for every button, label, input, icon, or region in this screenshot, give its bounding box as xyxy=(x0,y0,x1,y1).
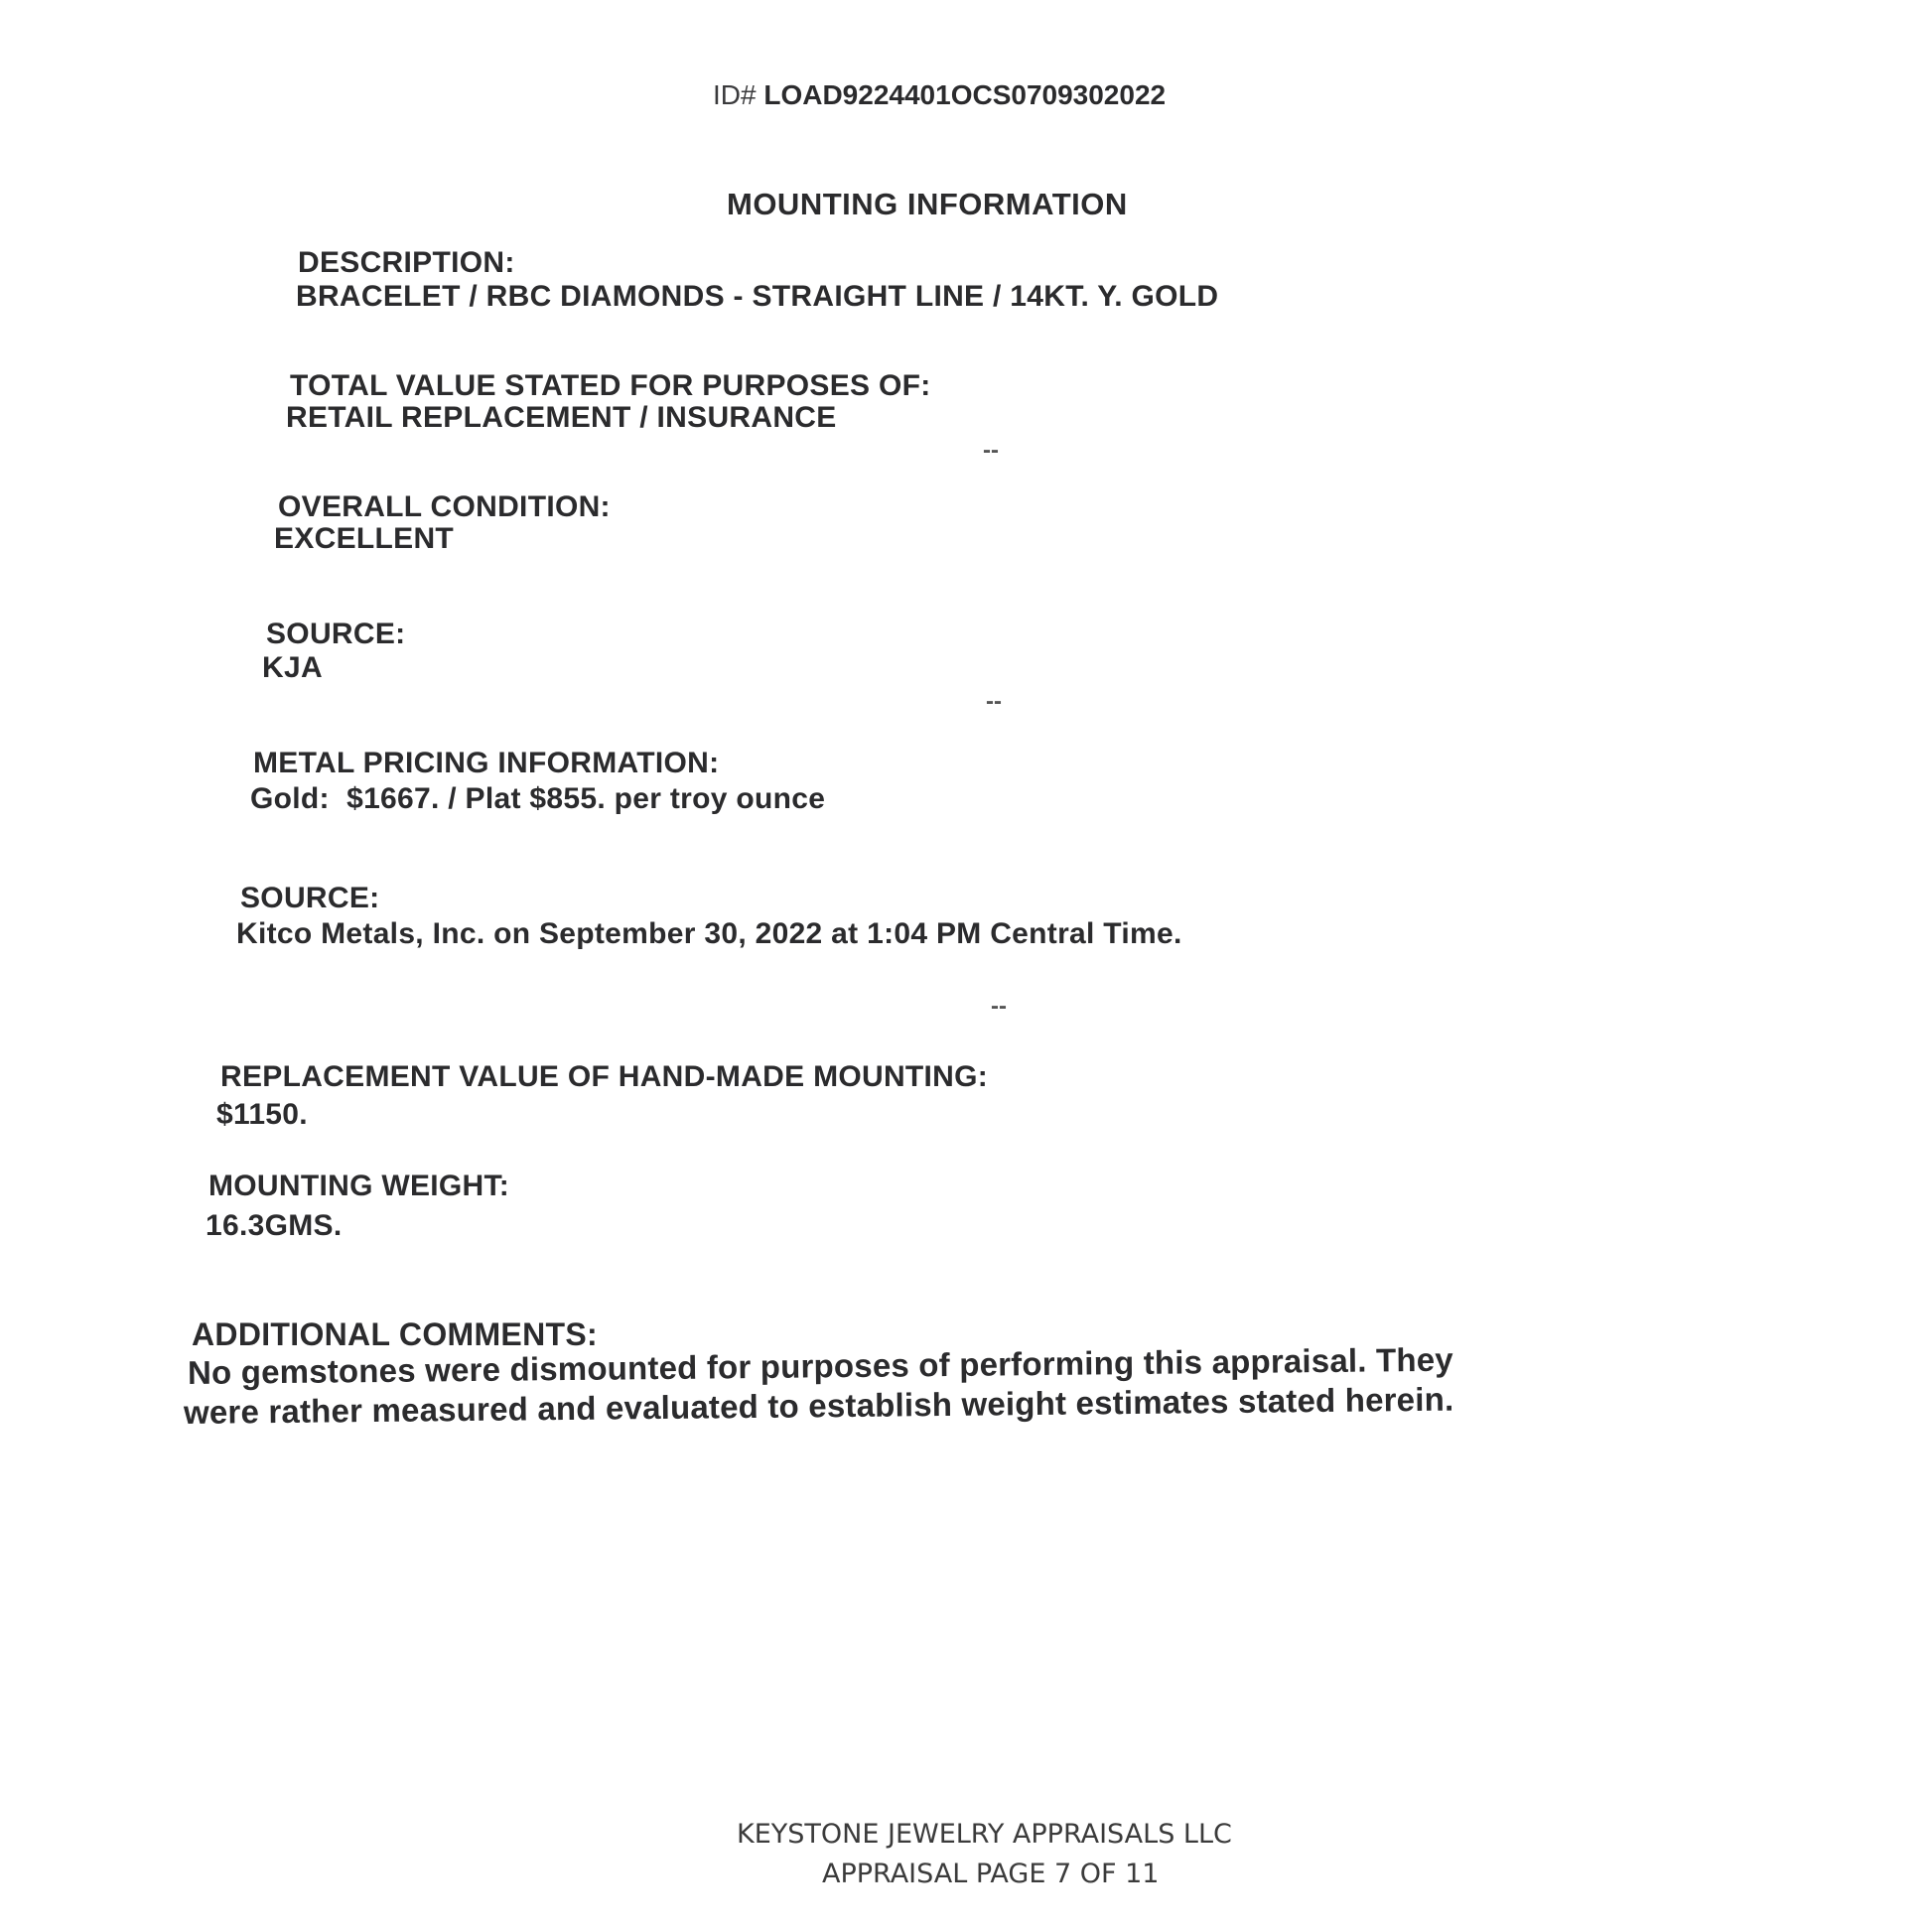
source-label: SOURCE: xyxy=(266,618,405,651)
replacement-value-value: $1150. xyxy=(216,1098,308,1132)
separator: -- xyxy=(986,688,1002,716)
condition-label: OVERALL CONDITION: xyxy=(278,490,611,524)
footer-page-number: APPRAISAL PAGE 7 OF 11 xyxy=(822,1859,1159,1889)
source-value: Kitco Metals, Inc. on September 30, 2022… xyxy=(236,917,1182,951)
separator: -- xyxy=(983,437,999,465)
footer-company: KEYSTONE JEWELRY APPRAISALS LLC xyxy=(737,1819,1232,1850)
mounting-weight-value: 16.3GMS. xyxy=(206,1209,342,1243)
comments-label: ADDITIONAL COMMENTS: xyxy=(192,1316,598,1353)
description-value: BRACELET / RBC DIAMONDS - STRAIGHT LINE … xyxy=(296,280,1218,314)
metal-pricing-value: Gold: $1667. / Plat $855. per troy ounce xyxy=(250,782,825,816)
id-prefix: ID# xyxy=(713,79,757,110)
description-label: DESCRIPTION: xyxy=(298,246,515,280)
source-label: SOURCE: xyxy=(240,882,379,915)
total-value-value: RETAIL REPLACEMENT / INSURANCE xyxy=(286,401,837,435)
separator: -- xyxy=(991,993,1007,1021)
condition-value: EXCELLENT xyxy=(274,522,454,556)
appraisal-page: ID# LOAD9224401OCS0709302022 MOUNTING IN… xyxy=(0,0,1932,1932)
replacement-value-label: REPLACEMENT VALUE OF HAND-MADE MOUNTING: xyxy=(220,1060,988,1094)
id-value: LOAD9224401OCS0709302022 xyxy=(763,79,1166,110)
metal-pricing-label: METAL PRICING INFORMATION: xyxy=(253,747,719,780)
document-id: ID# LOAD9224401OCS0709302022 xyxy=(713,79,1166,111)
mounting-weight-label: MOUNTING WEIGHT: xyxy=(208,1170,509,1203)
source-value: KJA xyxy=(262,651,323,685)
page-title: MOUNTING INFORMATION xyxy=(727,187,1128,222)
total-value-label: TOTAL VALUE STATED FOR PURPOSES OF: xyxy=(290,369,931,403)
